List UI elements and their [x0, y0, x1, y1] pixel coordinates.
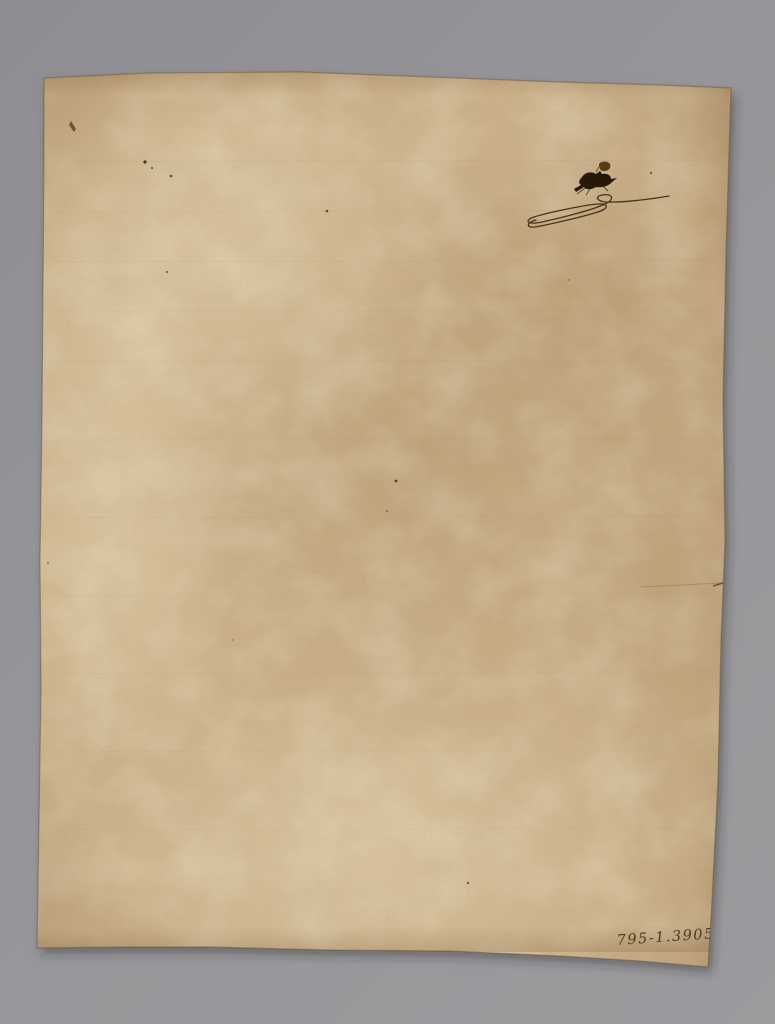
paper-edge-shading [25, 60, 745, 980]
paper-sheet-graphic: 795-1.3905 [0, 0, 775, 1024]
paper-sheet: 795-1.3905 [0, 55, 775, 1024]
photo-background: 795-1.3905 [0, 0, 775, 1024]
